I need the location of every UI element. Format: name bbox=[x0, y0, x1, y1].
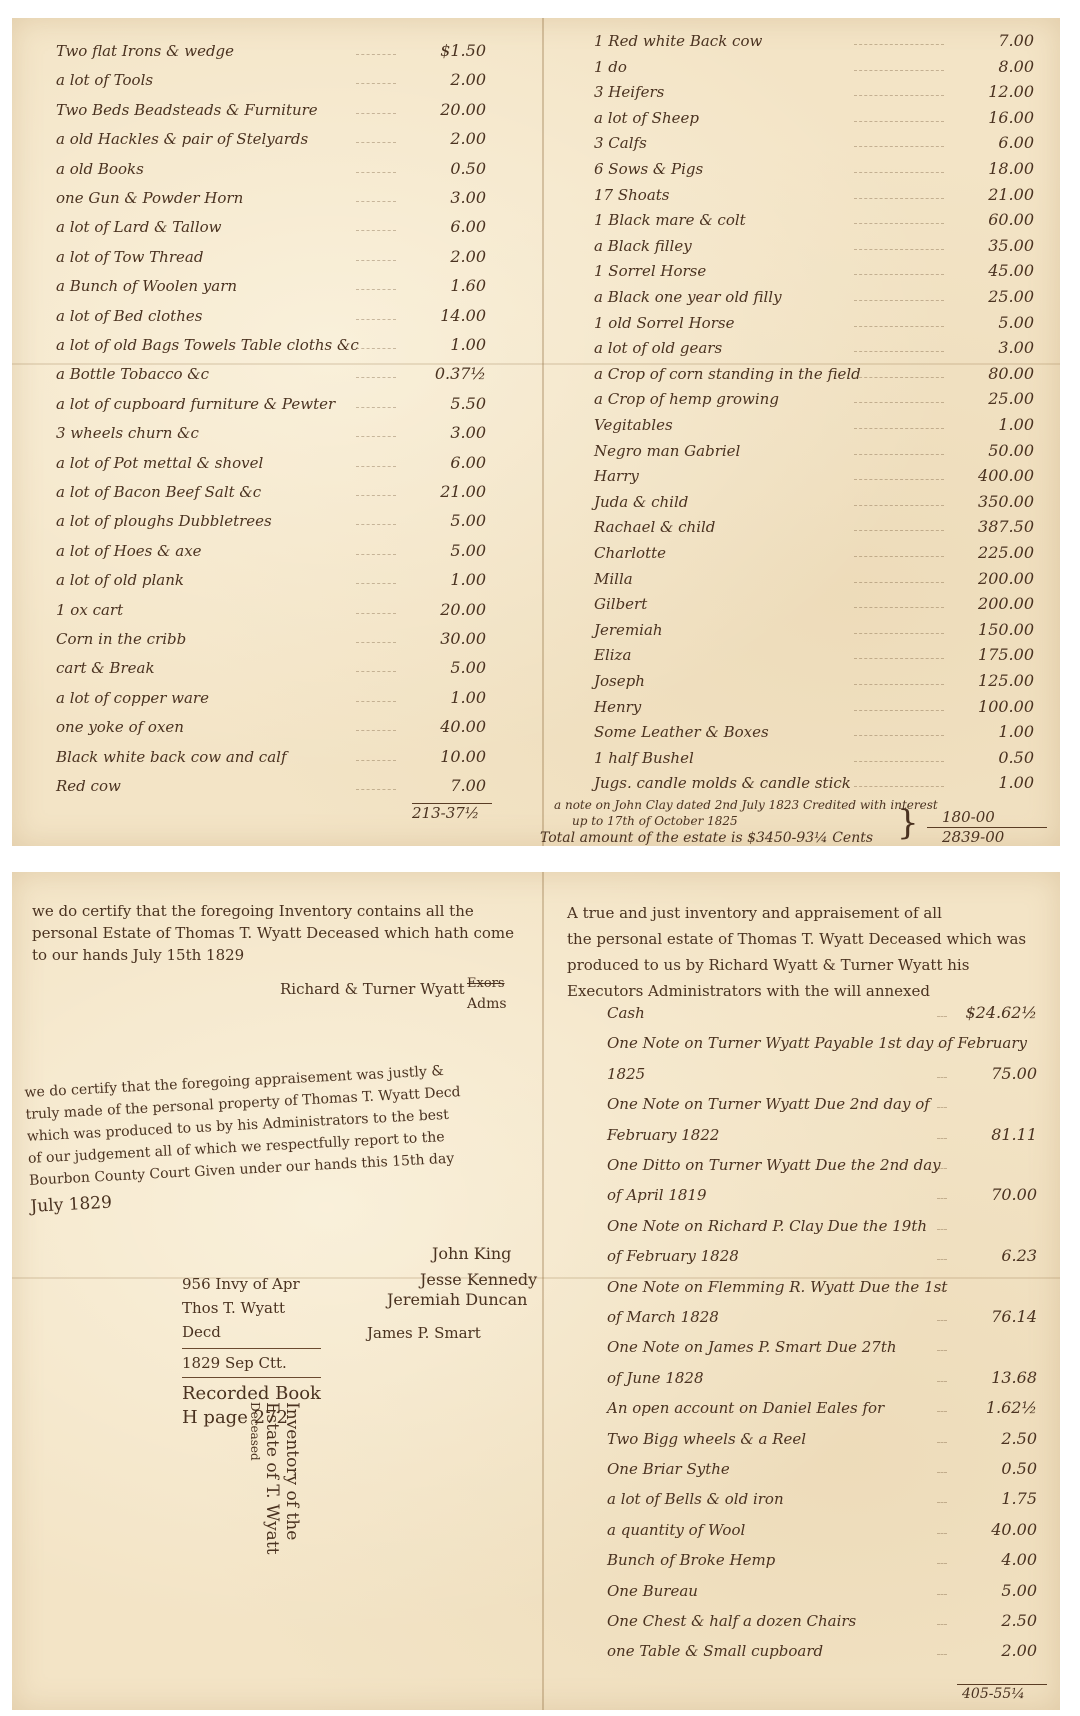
item-amount: 8.00 bbox=[998, 54, 1034, 80]
item-amount: $24.62½ bbox=[966, 1000, 1038, 1026]
inventory-row: 1 old Sorrel Horse5.00 bbox=[594, 310, 1034, 336]
item-description: 17 Shoats bbox=[594, 182, 670, 208]
item-amount: 2.00 bbox=[450, 67, 486, 93]
item-description: Juda & child bbox=[594, 489, 688, 515]
leader-dashes bbox=[937, 1198, 947, 1199]
item-amount: 1.00 bbox=[450, 567, 486, 593]
item-amount: 13.68 bbox=[991, 1365, 1037, 1391]
item-amount: 2.00 bbox=[450, 126, 486, 152]
leader-dashes bbox=[356, 172, 396, 173]
inventory-row: Rachael & child387.50 bbox=[594, 514, 1034, 540]
item-description: Milla bbox=[594, 566, 633, 592]
leader-dashes bbox=[356, 789, 396, 790]
item-description: Negro man Gabriel bbox=[594, 438, 740, 464]
leader-dashes bbox=[937, 1320, 947, 1321]
item-description: one yoke of oxen bbox=[56, 714, 184, 740]
item-description: a lot of copper ware bbox=[56, 685, 209, 711]
item-amount: 1.00 bbox=[450, 685, 486, 711]
inventory-row: Harry400.00 bbox=[594, 463, 1034, 489]
item-description: One Note on Flemming R. Wyatt Due the 1s… bbox=[607, 1274, 947, 1300]
leader-dashes bbox=[854, 633, 944, 634]
vertical-endorsement: Inventory of the Estate of T. Wyatt Dece… bbox=[248, 1402, 302, 1554]
leader-dashes bbox=[356, 583, 396, 584]
item-description: 3 Heifers bbox=[594, 79, 664, 105]
item-description: a Black filley bbox=[594, 233, 692, 259]
leader-dashes bbox=[937, 1442, 947, 1443]
inventory-row: a lot of Bacon Beef Salt &c21.00 bbox=[56, 479, 486, 505]
item-description: a lot of Hoes & axe bbox=[56, 538, 202, 564]
item-amount: 400.00 bbox=[978, 463, 1034, 489]
item-amount: 21.00 bbox=[988, 182, 1034, 208]
item-description: a Crop of corn standing in the field bbox=[594, 361, 861, 387]
item-amount: 21.00 bbox=[440, 479, 486, 505]
leader-dashes bbox=[854, 223, 944, 224]
inventory-row: a Black filley35.00 bbox=[594, 233, 1034, 259]
item-amount: 1.60 bbox=[450, 273, 486, 299]
item-description: a lot of Tools bbox=[56, 67, 153, 93]
inventory-row: Two flat Irons & wedge$1.50 bbox=[56, 38, 486, 64]
item-description: Rachael & child bbox=[594, 514, 715, 540]
item-description: Eliza bbox=[594, 642, 631, 668]
leader-dashes bbox=[854, 326, 944, 327]
inventory-row: One Note on Richard P. Clay Due the 19th bbox=[607, 1213, 1037, 1239]
item-amount: 1.00 bbox=[998, 770, 1034, 796]
item-description: a lot of cupboard furniture & Pewter bbox=[56, 391, 335, 417]
item-amount: 6.00 bbox=[450, 450, 486, 476]
inventory-row: of March 182876.14 bbox=[607, 1304, 1037, 1330]
inventory-row: One Note on James P. Smart Due 27th bbox=[607, 1334, 1037, 1360]
leader-dashes bbox=[356, 760, 396, 761]
leader-dashes bbox=[356, 730, 396, 731]
leader-dashes bbox=[356, 377, 396, 378]
item-amount: 5.00 bbox=[450, 538, 486, 564]
inventory-row: a lot of Bed clothes14.00 bbox=[56, 303, 486, 329]
item-description: One Bureau bbox=[607, 1578, 698, 1604]
item-amount: 1.75 bbox=[1001, 1486, 1037, 1512]
leader-dashes bbox=[937, 1259, 947, 1260]
inventory-row: Some Leather & Boxes1.00 bbox=[594, 719, 1034, 745]
item-description: one Table & Small cupboard bbox=[607, 1638, 823, 1664]
inventory-row: a quantity of Wool40.00 bbox=[607, 1517, 1037, 1543]
item-description: Red cow bbox=[56, 773, 121, 799]
inventory-row: a lot of Tow Thread2.00 bbox=[56, 244, 486, 270]
inventory-row: Black white back cow and calf10.00 bbox=[56, 744, 486, 770]
inventory-row: Gilbert200.00 bbox=[594, 591, 1034, 617]
item-description: 1 Red white Back cow bbox=[594, 28, 762, 54]
inventory-row: a old Hackles & pair of Stelyards2.00 bbox=[56, 126, 486, 152]
page-total-amount: 405-55¼ bbox=[962, 1686, 1025, 1702]
leader-dashes bbox=[937, 1472, 947, 1473]
leader-dashes bbox=[356, 436, 396, 437]
leader-dashes bbox=[356, 701, 396, 702]
item-amount: 350.00 bbox=[978, 489, 1034, 515]
item-description: of March 1828 bbox=[607, 1304, 719, 1330]
inventory-sheet-bottom: we do certify that the foregoing Invento… bbox=[12, 872, 1060, 1710]
item-amount: 25.00 bbox=[988, 386, 1034, 412]
item-description: One Note on James P. Smart Due 27th bbox=[607, 1334, 897, 1360]
item-amount: 200.00 bbox=[978, 566, 1034, 592]
leader-dashes bbox=[356, 230, 396, 231]
inventory-row: One Briar Sythe0.50 bbox=[607, 1456, 1037, 1482]
item-amount: 6.00 bbox=[450, 214, 486, 240]
item-amount: 2.50 bbox=[1001, 1608, 1037, 1634]
item-description: One Note on Turner Wyatt Due 2nd day of bbox=[607, 1091, 930, 1117]
inventory-row: of February 18286.23 bbox=[607, 1243, 1037, 1269]
inventory-row: 3 Heifers12.00 bbox=[594, 79, 1034, 105]
inventory-row: a lot of old gears3.00 bbox=[594, 335, 1034, 361]
leader-dashes bbox=[937, 1046, 947, 1047]
inventory-row: 1 Red white Back cow7.00 bbox=[594, 28, 1034, 54]
leader-dashes bbox=[937, 1411, 947, 1412]
leader-dashes bbox=[854, 479, 944, 480]
center-fold bbox=[542, 18, 544, 846]
leader-dashes bbox=[356, 554, 396, 555]
item-amount: 75.00 bbox=[991, 1061, 1037, 1087]
leader-dashes bbox=[854, 556, 944, 557]
item-description: Henry bbox=[594, 694, 641, 720]
item-amount: 6.23 bbox=[1001, 1243, 1037, 1269]
leader-dashes bbox=[854, 172, 944, 173]
inventory-row: a Black one year old filly25.00 bbox=[594, 284, 1034, 310]
leader-dashes bbox=[937, 1594, 947, 1595]
inventory-row: a lot of copper ware1.00 bbox=[56, 685, 486, 711]
leader-dashes bbox=[854, 95, 944, 96]
item-amount: 30.00 bbox=[440, 626, 486, 652]
inventory-row: 3 Calfs6.00 bbox=[594, 130, 1034, 156]
item-description: 3 wheels churn &c bbox=[56, 420, 199, 446]
leader-dashes bbox=[854, 607, 944, 608]
inventory-row: a lot of old Bags Towels Table cloths &c… bbox=[56, 332, 486, 358]
item-amount: 35.00 bbox=[988, 233, 1034, 259]
administrators-signature: Richard & Turner Wyatt bbox=[280, 980, 465, 998]
leader-dashes bbox=[937, 1381, 947, 1382]
appraiser-signature: Jeremiah Duncan bbox=[387, 1290, 527, 1309]
item-amount: 5.00 bbox=[1001, 1578, 1037, 1604]
clay-note-line-2: up to 17th of October 1825 bbox=[572, 814, 738, 828]
item-amount: 125.00 bbox=[978, 668, 1034, 694]
inventory-row: 182575.00 bbox=[607, 1061, 1037, 1087]
inventory-row: One Note on Flemming R. Wyatt Due the 1s… bbox=[607, 1274, 1037, 1300]
inventory-row: a Crop of hemp growing25.00 bbox=[594, 386, 1034, 412]
item-description: Cash bbox=[607, 1000, 645, 1026]
leader-dashes bbox=[937, 1350, 947, 1351]
item-description: a lot of ploughs Dubbletrees bbox=[56, 508, 272, 534]
inventory-row: Henry100.00 bbox=[594, 694, 1034, 720]
certificate-line: to our hands July 15th 1829 bbox=[32, 944, 514, 966]
item-description: One Chest & half a dozen Chairs bbox=[607, 1608, 856, 1634]
clay-note-amount: 180-00 bbox=[942, 808, 995, 826]
leader-dashes bbox=[356, 642, 396, 643]
inventory-row: An open account on Daniel Eales for1.62½ bbox=[607, 1395, 1037, 1421]
item-amount: 70.00 bbox=[991, 1182, 1037, 1208]
leader-dashes bbox=[854, 44, 944, 45]
inventory-sheet-top: Two flat Irons & wedge$1.50a lot of Tool… bbox=[12, 18, 1060, 846]
item-description: a quantity of Wool bbox=[607, 1517, 745, 1543]
endorsement-line: Inventory of the bbox=[282, 1402, 302, 1554]
leader-dashes bbox=[854, 300, 944, 301]
item-description: a lot of Bells & old iron bbox=[607, 1486, 784, 1512]
leader-dashes bbox=[854, 402, 944, 403]
item-amount: 0.50 bbox=[998, 745, 1034, 771]
item-description: Two Bigg wheels & a Reel bbox=[607, 1426, 806, 1452]
leader-dashes bbox=[937, 1533, 947, 1534]
inventory-row: cart & Break5.00 bbox=[56, 655, 486, 681]
item-amount: 387.50 bbox=[978, 514, 1034, 540]
item-amount: 7.00 bbox=[998, 28, 1034, 54]
leader-dashes bbox=[854, 198, 944, 199]
leader-dashes bbox=[937, 1290, 947, 1291]
inventory-row: Two Beds Beadsteads & Furniture20.00 bbox=[56, 97, 486, 123]
item-description: An open account on Daniel Eales for bbox=[607, 1395, 884, 1421]
leader-dashes bbox=[854, 146, 944, 147]
leader-dashes bbox=[937, 1229, 947, 1230]
item-amount: 40.00 bbox=[440, 714, 486, 740]
item-description: one Gun & Powder Horn bbox=[56, 185, 243, 211]
item-amount: 2.50 bbox=[1001, 1426, 1037, 1452]
item-amount: 2.00 bbox=[1001, 1638, 1037, 1664]
item-description: Some Leather & Boxes bbox=[594, 719, 769, 745]
inventory-row: Negro man Gabriel50.00 bbox=[594, 438, 1034, 464]
leader-dashes bbox=[937, 1654, 947, 1655]
item-description: Jeremiah bbox=[594, 617, 663, 643]
item-description: a Crop of hemp growing bbox=[594, 386, 779, 412]
inventory-row: a old Books0.50 bbox=[56, 156, 486, 182]
inventory-row: a lot of Sheep16.00 bbox=[594, 105, 1034, 131]
item-amount: 5.00 bbox=[450, 655, 486, 681]
page-top-right-inventory: 1 Red white Back cow7.001 do8.003 Heifer… bbox=[594, 28, 1034, 808]
item-amount: 45.00 bbox=[988, 258, 1034, 284]
item-amount: 81.11 bbox=[991, 1122, 1037, 1148]
leader-dashes bbox=[356, 524, 396, 525]
item-amount: 225.00 bbox=[978, 540, 1034, 566]
executors-title: Exors bbox=[467, 976, 505, 991]
page-bottom-right-inventory: Cash$24.62½One Note on Turner Wyatt Paya… bbox=[607, 1000, 1037, 1680]
inventory-row: one Gun & Powder Horn3.00 bbox=[56, 185, 486, 211]
item-description: a old Books bbox=[56, 156, 144, 182]
inventory-row: Jugs. candle molds & candle stick1.00 bbox=[594, 770, 1034, 796]
item-amount: 60.00 bbox=[988, 207, 1034, 233]
item-amount: 50.00 bbox=[988, 438, 1034, 464]
inventory-row: One Note on Turner Wyatt Due 2nd day of bbox=[607, 1091, 1037, 1117]
item-amount: 5.00 bbox=[450, 508, 486, 534]
leader-dashes bbox=[937, 1624, 947, 1625]
inventory-row: One Bureau5.00 bbox=[607, 1578, 1037, 1604]
leader-dashes bbox=[356, 142, 396, 143]
inventory-row: Milla200.00 bbox=[594, 566, 1034, 592]
leader-dashes bbox=[356, 319, 396, 320]
item-description: 1 old Sorrel Horse bbox=[594, 310, 734, 336]
leader-dashes bbox=[854, 735, 944, 736]
leader-dashes bbox=[356, 348, 396, 349]
inventory-row: a lot of Lard & Tallow6.00 bbox=[56, 214, 486, 240]
endorsement-line: Estate of T. Wyatt bbox=[262, 1402, 282, 1554]
leader-dashes bbox=[937, 1168, 947, 1169]
item-amount: 10.00 bbox=[440, 744, 486, 770]
inventory-row: Cash$24.62½ bbox=[607, 1000, 1037, 1026]
appraiser-signature: Jesse Kennedy bbox=[420, 1270, 537, 1289]
page-top-left-inventory: Two flat Irons & wedge$1.50a lot of Tool… bbox=[56, 38, 486, 838]
inventory-row: Joseph125.00 bbox=[594, 668, 1034, 694]
item-amount: 0.37½ bbox=[435, 361, 486, 387]
inventory-row: a lot of old plank1.00 bbox=[56, 567, 486, 593]
leader-dashes bbox=[937, 1563, 947, 1564]
item-description: February 1822 bbox=[607, 1122, 719, 1148]
item-amount: 4.00 bbox=[1001, 1547, 1037, 1573]
inventory-row: a lot of Bells & old iron1.75 bbox=[607, 1486, 1037, 1512]
leader-dashes bbox=[356, 83, 396, 84]
inventory-row: February 182281.11 bbox=[607, 1122, 1037, 1148]
leader-dashes bbox=[854, 351, 944, 352]
leader-dashes bbox=[937, 1016, 947, 1017]
leader-dashes bbox=[854, 377, 944, 378]
item-description: a lot of Pot mettal & shovel bbox=[56, 450, 263, 476]
inventory-row: 1 half Bushel0.50 bbox=[594, 745, 1034, 771]
item-amount: 3.00 bbox=[450, 185, 486, 211]
docket-line: Decd bbox=[182, 1320, 321, 1344]
inventory-row: a lot of Pot mettal & shovel6.00 bbox=[56, 450, 486, 476]
item-description: of June 1828 bbox=[607, 1365, 704, 1391]
item-amount: 80.00 bbox=[988, 361, 1034, 387]
leader-dashes bbox=[356, 260, 396, 261]
item-description: a Black one year old filly bbox=[594, 284, 782, 310]
item-description: a lot of old Bags Towels Table cloths &c bbox=[56, 332, 359, 358]
leader-dashes bbox=[854, 70, 944, 71]
item-description: a old Hackles & pair of Stelyards bbox=[56, 126, 308, 152]
inventory-row: 6 Sows & Pigs18.00 bbox=[594, 156, 1034, 182]
administrators-title: Adms bbox=[467, 996, 507, 1012]
leader-dashes bbox=[937, 1502, 947, 1503]
item-amount: 18.00 bbox=[988, 156, 1034, 182]
item-description: a lot of old plank bbox=[56, 567, 184, 593]
appraiser-signature: John King bbox=[432, 1244, 511, 1263]
item-amount: 3.00 bbox=[998, 335, 1034, 361]
item-amount: 2.00 bbox=[450, 244, 486, 270]
item-description: 6 Sows & Pigs bbox=[594, 156, 703, 182]
item-amount: 200.00 bbox=[978, 591, 1034, 617]
item-amount: 3.00 bbox=[450, 420, 486, 446]
item-description: 1 ox cart bbox=[56, 597, 123, 623]
leader-dashes bbox=[854, 684, 944, 685]
item-amount: 1.62½ bbox=[986, 1395, 1037, 1421]
inventory-row: 1 Sorrel Horse45.00 bbox=[594, 258, 1034, 284]
inventory-row: Two Bigg wheels & a Reel2.50 bbox=[607, 1426, 1037, 1452]
item-amount: 6.00 bbox=[998, 130, 1034, 156]
item-amount: 150.00 bbox=[978, 617, 1034, 643]
item-description: of February 1828 bbox=[607, 1243, 739, 1269]
item-description: Joseph bbox=[594, 668, 645, 694]
leader-dashes bbox=[854, 710, 944, 711]
item-description: Gilbert bbox=[594, 591, 647, 617]
item-description: a lot of old gears bbox=[594, 335, 722, 361]
inventory-row: a Bunch of Woolen yarn1.60 bbox=[56, 273, 486, 299]
item-description: 1 half Bushel bbox=[594, 745, 694, 771]
item-amount: 40.00 bbox=[991, 1517, 1037, 1543]
inventory-row: 1 ox cart20.00 bbox=[56, 597, 486, 623]
item-description: Bunch of Broke Hemp bbox=[607, 1547, 775, 1573]
item-description: a Bunch of Woolen yarn bbox=[56, 273, 237, 299]
subtotal-amount: 213-37½ bbox=[412, 804, 492, 822]
heading-line: A true and just inventory and appraiseme… bbox=[567, 900, 1026, 926]
inventory-row: Jeremiah150.00 bbox=[594, 617, 1034, 643]
leader-dashes bbox=[356, 201, 396, 202]
clay-note-line-1: a note on John Clay dated 2nd July 1823 … bbox=[554, 798, 938, 812]
leader-dashes bbox=[854, 249, 944, 250]
inventory-row: a Bottle Tobacco &c0.37½ bbox=[56, 361, 486, 387]
leader-dashes bbox=[356, 289, 396, 290]
heading-line: produced to us by Richard Wyatt & Turner… bbox=[567, 952, 1026, 978]
inventory-row: Juda & child350.00 bbox=[594, 489, 1034, 515]
item-description: of April 1819 bbox=[607, 1182, 707, 1208]
inventory-row: one Table & Small cupboard2.00 bbox=[607, 1638, 1037, 1664]
item-description: Harry bbox=[594, 463, 639, 489]
leader-dashes bbox=[854, 582, 944, 583]
item-amount: 20.00 bbox=[440, 597, 486, 623]
certificate-appraisement: we do certify that the foregoing apprais… bbox=[24, 1059, 466, 1218]
item-description: a lot of Bacon Beef Salt &c bbox=[56, 479, 261, 505]
leader-dashes bbox=[937, 1138, 947, 1139]
docket-line: 956 Invy of Apr bbox=[182, 1272, 321, 1296]
item-amount: 1.00 bbox=[450, 332, 486, 358]
inventory-row: 3 wheels churn &c3.00 bbox=[56, 420, 486, 446]
item-amount: $1.50 bbox=[440, 38, 486, 64]
item-description: Black white back cow and calf bbox=[56, 744, 287, 770]
leader-dashes bbox=[854, 505, 944, 506]
item-amount: 20.00 bbox=[440, 97, 486, 123]
leader-dashes bbox=[356, 113, 396, 114]
inventory-row: Red cow7.00 bbox=[56, 773, 486, 799]
executors-struck: Exors bbox=[467, 976, 505, 991]
leader-dashes bbox=[854, 530, 944, 531]
leader-dashes bbox=[356, 54, 396, 55]
item-description: One Note on Richard P. Clay Due the 19th bbox=[607, 1213, 927, 1239]
leader-dashes bbox=[854, 658, 944, 659]
item-description: 3 Calfs bbox=[594, 130, 647, 156]
inventory-row: One Note on Turner Wyatt Payable 1st day… bbox=[607, 1030, 1037, 1056]
docket-line: Thos T. Wyatt bbox=[182, 1296, 321, 1320]
inventory-row: 17 Shoats21.00 bbox=[594, 182, 1034, 208]
item-description: 1 do bbox=[594, 54, 627, 80]
inventory-row: Bunch of Broke Hemp4.00 bbox=[607, 1547, 1037, 1573]
item-description: Charlotte bbox=[594, 540, 666, 566]
inventory-row: of April 181970.00 bbox=[607, 1182, 1037, 1208]
leader-dashes bbox=[356, 466, 396, 467]
heading-line: the personal estate of Thomas T. Wyatt D… bbox=[567, 926, 1026, 952]
leader-dashes bbox=[854, 121, 944, 122]
inventory-row: Eliza175.00 bbox=[594, 642, 1034, 668]
item-amount: 14.00 bbox=[440, 303, 486, 329]
item-description: Corn in the cribb bbox=[56, 626, 186, 652]
leader-dashes bbox=[854, 786, 944, 787]
item-description: 1825 bbox=[607, 1061, 645, 1087]
page-total-amount: 2839-00 bbox=[942, 828, 1004, 846]
endorsement-line: Deceased bbox=[248, 1402, 262, 1554]
item-amount: 5.50 bbox=[450, 391, 486, 417]
estate-total-text: Total amount of the estate is $3450-93¼ … bbox=[540, 830, 873, 846]
center-fold bbox=[542, 872, 544, 1710]
certificate-inventory: we do certify that the foregoing Invento… bbox=[32, 900, 514, 966]
item-amount: 16.00 bbox=[988, 105, 1034, 131]
inventory-row: Corn in the cribb30.00 bbox=[56, 626, 486, 652]
item-description: a lot of Sheep bbox=[594, 105, 699, 131]
item-description: One Note on Turner Wyatt Payable 1st day… bbox=[607, 1030, 1027, 1056]
item-description: One Briar Sythe bbox=[607, 1456, 730, 1482]
leader-dashes bbox=[356, 613, 396, 614]
inventory-row: 1 do8.00 bbox=[594, 54, 1034, 80]
certificate-line: we do certify that the foregoing Invento… bbox=[32, 900, 514, 922]
item-amount: 1.00 bbox=[998, 719, 1034, 745]
item-amount: 0.50 bbox=[450, 156, 486, 182]
inventory-heading: A true and just inventory and appraiseme… bbox=[567, 900, 1026, 1004]
